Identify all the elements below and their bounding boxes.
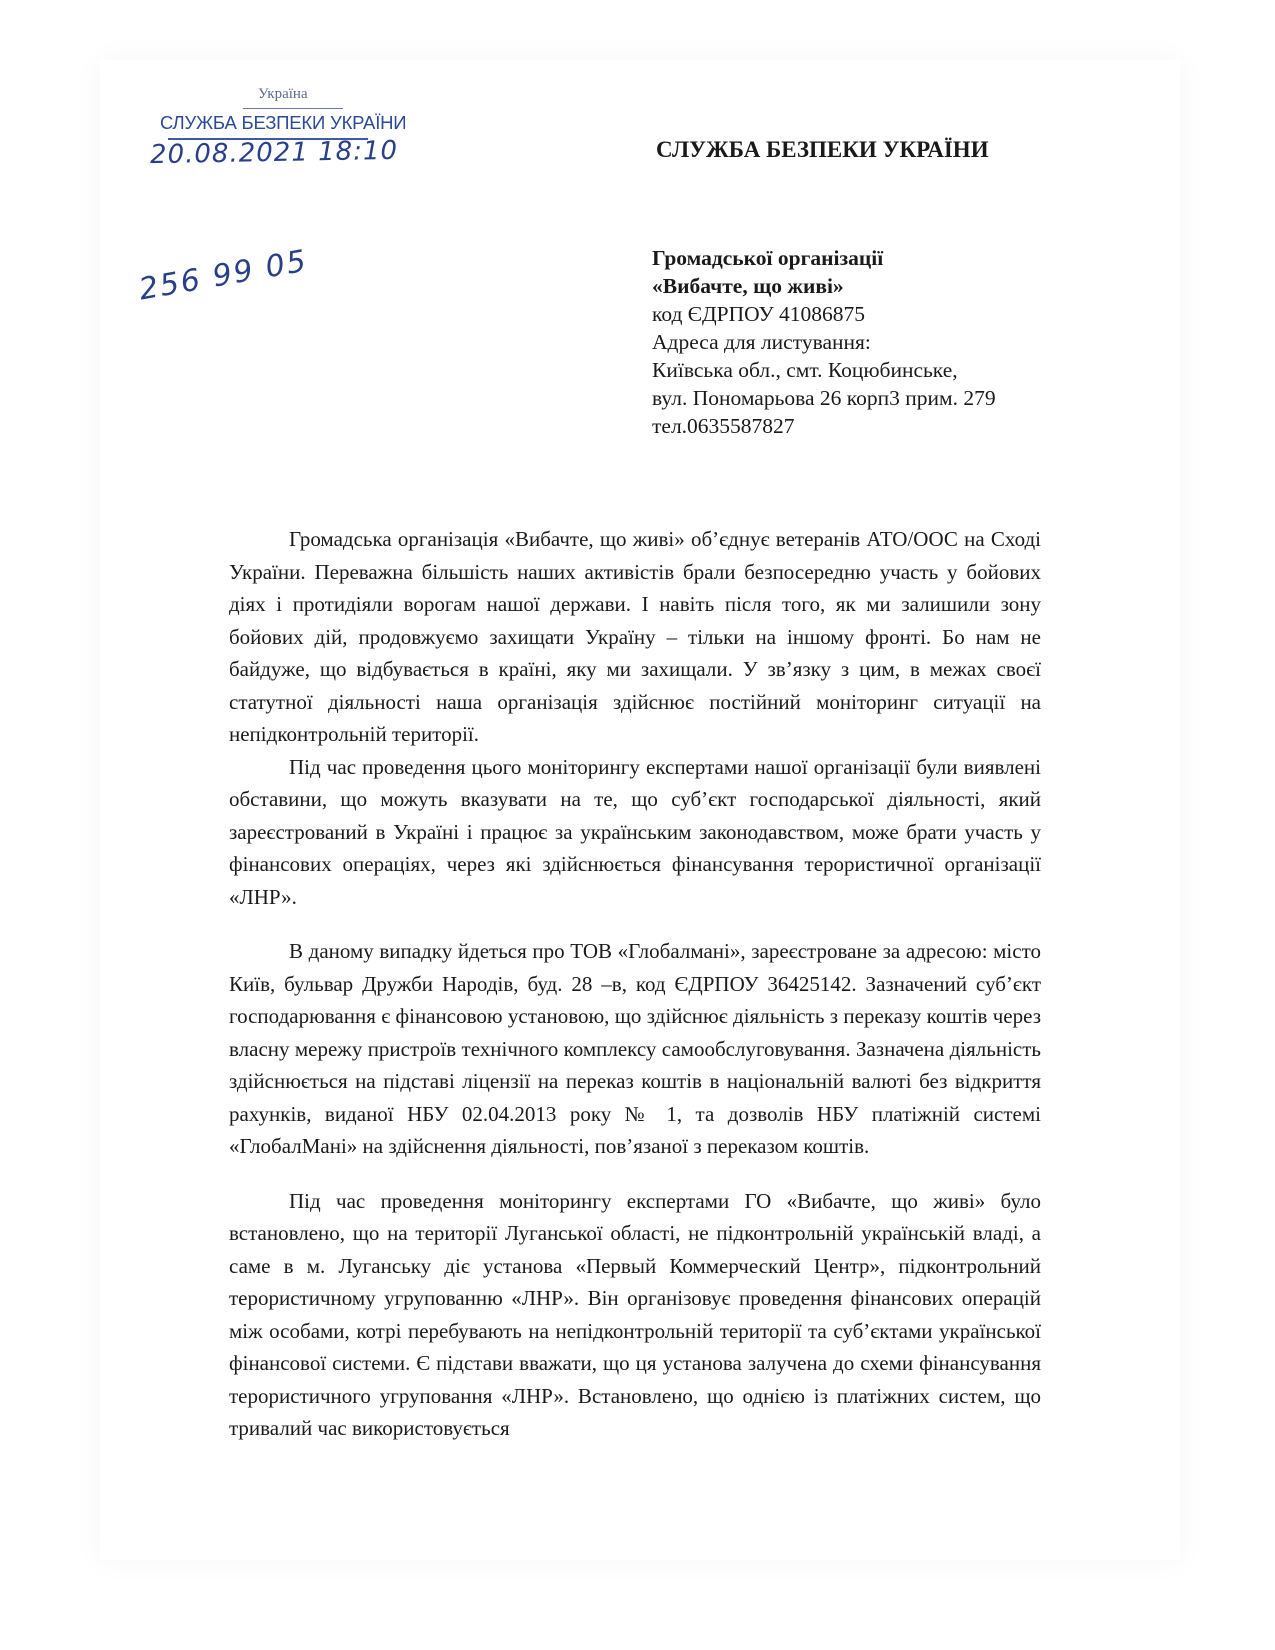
sender-address-label: Адреса для листування:: [652, 328, 996, 356]
sender-address-line1: Київська обл., смт. Коцюбинське,: [652, 356, 996, 384]
sender-org-line2: «Вибачте, що живі»: [652, 272, 996, 300]
stamp-handwritten-datetime: 20.08.2021 18:10: [150, 136, 399, 170]
sender-block: Громадської організації «Вибачте, що жив…: [652, 244, 996, 440]
paragraph-2: Під час проведення цього моніторингу екс…: [229, 751, 1041, 914]
stamp-organization: СЛУЖБА БЕЗПЕКИ УКРАЇНИ: [160, 112, 406, 134]
stamp-country: Україна: [258, 86, 308, 103]
paragraph-1: Громадська організація «Вибачте, що живі…: [229, 523, 1041, 751]
stamp-divider: [243, 108, 343, 109]
sender-phone: тел.0635587827: [652, 412, 996, 440]
paragraph-3: В даному випадку йдеться про ТОВ «Глобал…: [229, 935, 1041, 1163]
letter-body: Громадська організація «Вибачте, що живі…: [229, 523, 1041, 1445]
sender-code: код ЄДРПОУ 41086875: [652, 300, 996, 328]
sender-org-line1: Громадської організації: [652, 244, 996, 272]
paragraph-4: Під час проведення моніторингу експертам…: [229, 1185, 1041, 1445]
addressee-title: СЛУЖБА БЕЗПЕКИ УКРАЇНИ: [656, 137, 989, 163]
sender-address-line2: вул. Пономарьова 26 корп3 прим. 279: [652, 384, 996, 412]
